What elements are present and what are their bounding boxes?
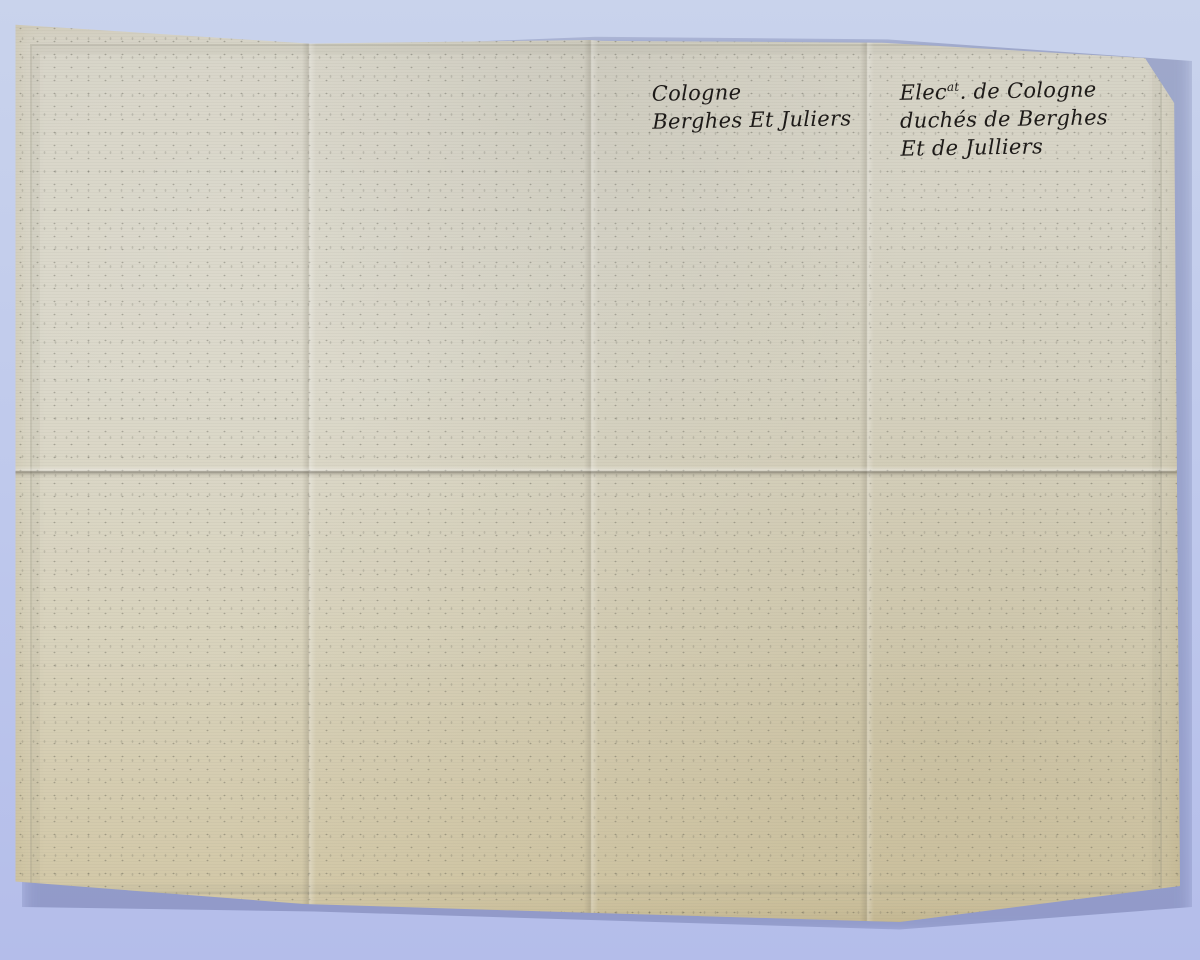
handwritten-note-right: Elecat. de Cologne duchés de Berghes Et … — [899, 70, 1108, 163]
folded-map-sheet: Cologne Berghes Et Juliers Elecat. de Co… — [12, 22, 1180, 922]
note-right-line-1: Elecat. de Cologne — [899, 70, 1107, 107]
note-right-cologne: . de Cologne — [959, 77, 1096, 103]
note-left-line-1: Cologne — [652, 76, 852, 107]
note-right-elec: Elec — [899, 80, 947, 105]
note-left-line-2: Berghes Et Juliers — [652, 104, 852, 135]
handwritten-note-left: Cologne Berghes Et Juliers — [652, 76, 852, 135]
note-right-superscript: at — [947, 80, 960, 94]
note-right-line-2: duchés de Berghes — [900, 103, 1108, 135]
note-right-line-3: Et de Julliers — [900, 131, 1108, 163]
